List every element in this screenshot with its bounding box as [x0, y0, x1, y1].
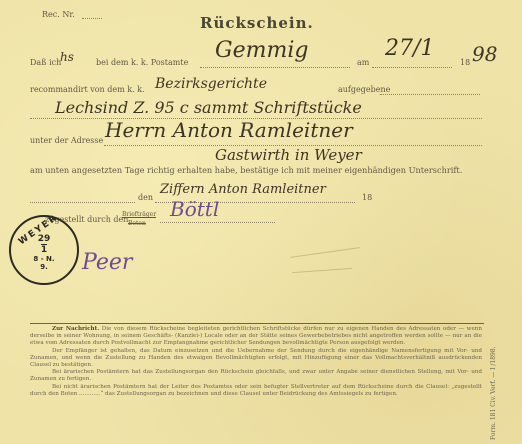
- notice-divider: [30, 323, 484, 324]
- address-hand-value: Herrn Anton Ramleitner: [105, 118, 353, 142]
- role-briefträger: Briefträger: [122, 211, 156, 218]
- sender-hand-value: Bezirksgerichte: [155, 76, 267, 92]
- postmaster-signature: Peer: [82, 250, 132, 275]
- notice-block: Zur Nachricht. Die von diesem Rückschein…: [30, 326, 482, 398]
- date-hand-value: 27/1: [385, 36, 434, 61]
- rec-nr-field: [82, 18, 102, 19]
- recipient-signature: Ziffern Anton Ramleitner: [160, 182, 326, 197]
- notice-paragraph-1: Zur Nachricht. Die von diesem Rückschein…: [30, 326, 482, 348]
- line2-prefix: recommandirt von dem k. k.: [30, 85, 145, 94]
- carrier-hand-signature: Böttl: [170, 197, 219, 221]
- confirmation-text: am unten angesetzten Tage richtig erhalt…: [30, 165, 462, 175]
- am-label: am: [357, 58, 369, 67]
- line7-year-prefix: 18: [362, 193, 372, 202]
- rec-nr-label: Rec. Nr.: [42, 10, 75, 19]
- postmark-month: 1: [41, 244, 47, 255]
- notice-paragraph-4: Bei nicht ärarischen Postämtern hat der …: [30, 384, 482, 398]
- notice-paragraph-3: Bei ärarischen Postämtern hat das Zustel…: [30, 369, 482, 383]
- role-boten-struck: Boten: [128, 220, 146, 227]
- notice-paragraph-2: Der Empfänger ist gehalten, das Datum ei…: [30, 348, 482, 370]
- place-field-line: [30, 202, 135, 203]
- postamt-field-line: [200, 67, 350, 68]
- line1-middle: bei dem k. k. Postamte: [96, 58, 188, 67]
- carrier-field-line: [160, 222, 275, 223]
- form-number-side-print: Form. 181 Civ. Verf. — I /1898.: [490, 346, 497, 440]
- line2-suffix: aufgegebene: [338, 85, 390, 94]
- document-title: Rückschein.: [200, 14, 314, 32]
- line2-dotline: [380, 94, 480, 95]
- line1-prefix: Daß ich: [30, 58, 61, 67]
- address-label: unter der Adresse: [30, 136, 103, 145]
- notice-heading: Zur Nachricht.: [52, 326, 99, 332]
- postmark-stamp: WEYER 29 1 8 - N. 9.: [9, 215, 79, 285]
- item-hand-value: Lechsind Z. 95 c sammt Schriftstücke: [55, 98, 362, 117]
- line1-hand-ich: hs: [60, 50, 74, 64]
- date-field-line: [372, 67, 452, 68]
- year-prefix: 18: [460, 58, 470, 67]
- address2-hand-value: Gastwirth in Weyer: [215, 146, 362, 164]
- postmark-year: 9.: [40, 263, 48, 271]
- postamt-hand-value: Gemmig: [215, 38, 308, 63]
- year-hand-value: 98: [472, 42, 497, 66]
- den-label: den: [138, 193, 153, 202]
- postmark-time: 8 - N.: [33, 255, 54, 263]
